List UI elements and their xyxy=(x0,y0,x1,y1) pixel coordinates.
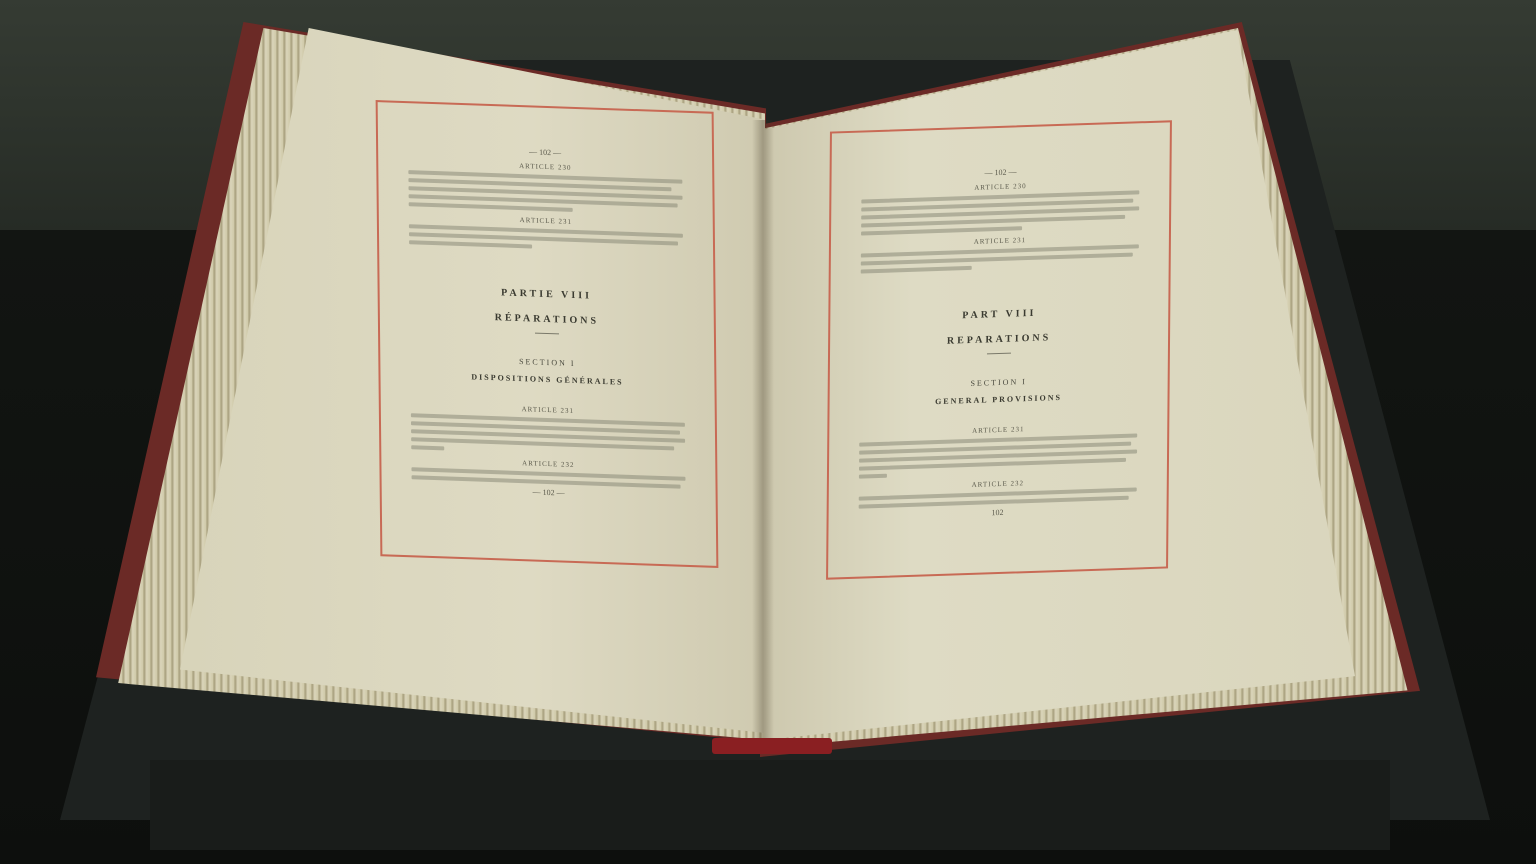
book-gutter xyxy=(752,120,774,740)
part-title: PART VIII xyxy=(860,304,1138,324)
divider xyxy=(987,353,1011,355)
part-title: PARTIE VIII xyxy=(410,284,684,305)
main-title: RÉPARATIONS xyxy=(410,309,684,330)
book-spine xyxy=(712,738,832,754)
paragraph xyxy=(411,413,685,459)
paragraph xyxy=(861,244,1139,273)
section-subtitle: GENERAL PROVISIONS xyxy=(860,390,1138,408)
left-page-text-frame: — 102 — ARTICLE 230 ARTICLE 231 PARTIE V… xyxy=(376,100,719,568)
divider xyxy=(535,333,559,335)
section-title: SECTION I xyxy=(410,353,684,372)
main-title: REPARATIONS xyxy=(860,329,1138,349)
right-page-text-frame: — 102 — ARTICLE 230 ARTICLE 231 PART VII… xyxy=(826,120,1172,579)
paragraph xyxy=(409,224,683,254)
paragraph xyxy=(861,190,1139,235)
paragraph xyxy=(859,433,1137,478)
display-stand-base xyxy=(150,760,1390,850)
section-title: SECTION I xyxy=(860,373,1138,391)
paragraph xyxy=(408,170,682,216)
section-subtitle: DISPOSITIONS GÉNÉRALES xyxy=(410,370,684,389)
